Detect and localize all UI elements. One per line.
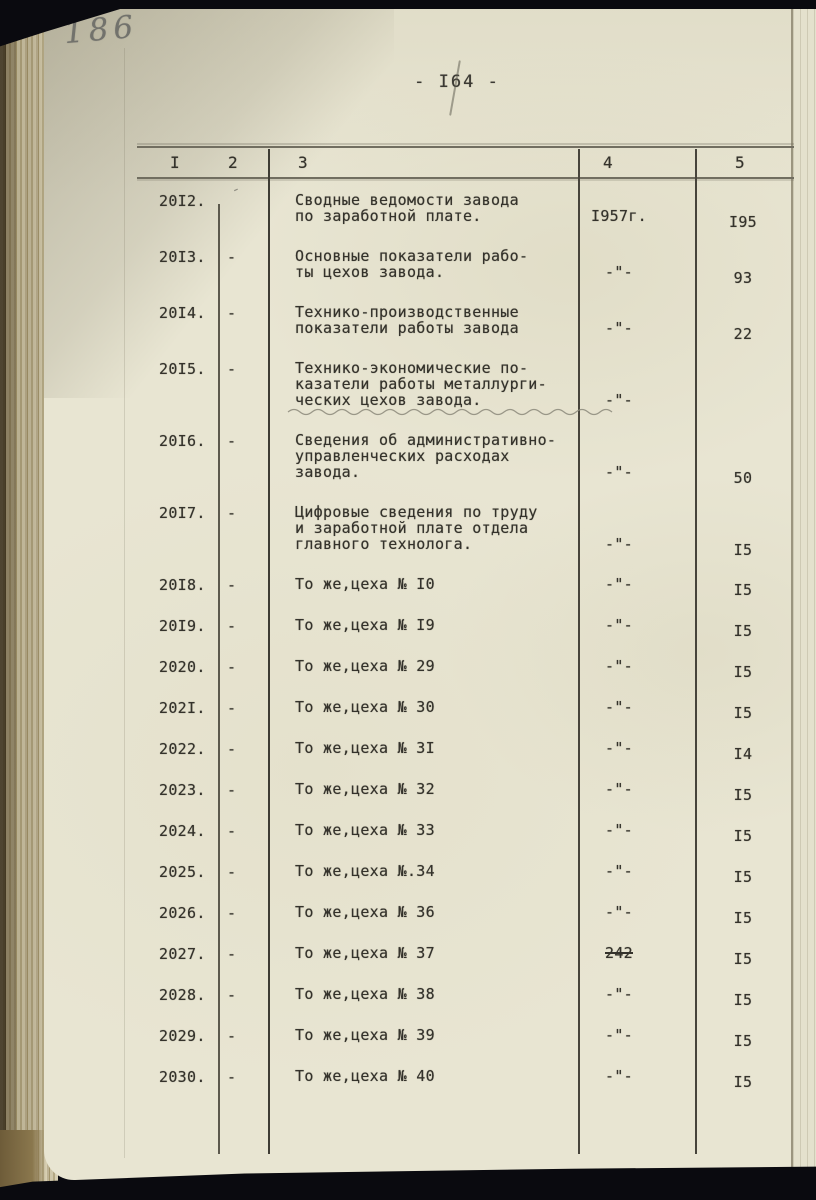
item-sheet-count: I5 <box>697 582 789 598</box>
item-title: То же,цеха № 30 <box>295 699 595 715</box>
table-row: 20I7. - Цифровые сведения по трудуи зара… <box>137 504 797 552</box>
table-row: 2029. - То же,цеха № 39 -"- I5 <box>137 1027 797 1043</box>
scanned-archive-page: { "page": { "handwritten_number": "186",… <box>0 0 816 1200</box>
title-line: ческих цехов завода. <box>295 392 595 408</box>
title-line: управленческих расходах <box>295 448 595 464</box>
column-header-4: 4 <box>603 153 613 172</box>
item-sheet-count: 93 <box>697 270 789 286</box>
title-line: То же,цеха № 33 <box>295 822 595 838</box>
table-row: 2020. - То же,цеха № 29 -"- I5 <box>137 658 797 674</box>
item-sheet-count: I95 <box>697 214 789 230</box>
item-title: То же,цеха № 32 <box>295 781 595 797</box>
table-row: 20I5. - Технико-экономические по-казател… <box>137 360 797 408</box>
column-header-5: 5 <box>735 153 745 172</box>
table-row: 2028. - То же,цеха № 38 -"- I5 <box>137 986 797 1002</box>
row-dash-mark: - <box>227 822 236 840</box>
item-title: Основные показатели рабо-ты цехов завода… <box>295 248 595 280</box>
table-row: 20I8. - То же,цеха № I0 -"- I5 <box>137 576 797 592</box>
title-line: То же,цеха № 36 <box>295 904 595 920</box>
item-date: -"- <box>573 617 665 633</box>
item-sheet-count: I5 <box>697 1033 789 1049</box>
item-sheet-count: I5 <box>697 992 789 1008</box>
item-date: -"- <box>573 320 665 336</box>
item-number: 20I8. <box>159 576 206 594</box>
item-title: Сводные ведомости заводапо заработной пл… <box>295 192 595 224</box>
item-date: I957г. <box>573 208 665 224</box>
title-line: То же,цеха № I9 <box>295 617 595 633</box>
binding-bottom-corner <box>0 1130 46 1190</box>
item-number: 2027. <box>159 945 206 963</box>
item-date: -"- <box>573 264 665 280</box>
table-row: 20I2. - Сводные ведомости заводапо зараб… <box>137 192 797 224</box>
title-line: Технико-экономические по- <box>295 360 595 376</box>
item-number: 20I5. <box>159 360 206 378</box>
row-dash-mark: - <box>227 863 236 881</box>
item-date: -"- <box>573 1068 665 1084</box>
item-number: 20I6. <box>159 432 206 450</box>
item-sheet-count: I5 <box>697 664 789 680</box>
title-line: То же,цеха № 38 <box>295 986 595 1002</box>
title-line: завода. <box>295 464 595 480</box>
item-sheet-count: I5 <box>697 910 789 926</box>
item-date: -"- <box>573 986 665 1002</box>
item-number: 20I7. <box>159 504 206 522</box>
title-line: Технико-производственные <box>295 304 595 320</box>
item-title: Цифровые сведения по трудуи заработной п… <box>295 504 595 552</box>
table-row: 2030. - То же,цеха № 40 -"- I5 <box>137 1068 797 1084</box>
item-number: 20I3. <box>159 248 206 266</box>
item-sheet-count: I5 <box>697 1074 789 1090</box>
item-number: 2020. <box>159 658 206 676</box>
item-title: То же,цеха №.34 <box>295 863 595 879</box>
item-number: 2023. <box>159 781 206 799</box>
item-date: -"- <box>573 740 665 756</box>
item-number: 20I4. <box>159 304 206 322</box>
table-row: 20I6. - Сведения об административно-упра… <box>137 432 797 480</box>
title-line: Сведения об административно- <box>295 432 595 448</box>
title-line: То же,цеха № 32 <box>295 781 595 797</box>
row-dash-mark: - <box>227 1068 236 1086</box>
item-number: 202I. <box>159 699 206 717</box>
column-header-2: 2 <box>228 153 238 172</box>
item-title: То же,цеха № 36 <box>295 904 595 920</box>
item-number: 20I2. <box>159 192 206 210</box>
item-number: 20I9. <box>159 617 206 635</box>
row-dash-mark: - <box>227 617 236 635</box>
title-line: ты цехов завода. <box>295 264 595 280</box>
item-date: -"- <box>573 576 665 592</box>
row-dash-mark: - <box>227 248 236 266</box>
table-row: 20I4. - Технико-производственныепоказате… <box>137 304 797 336</box>
row-dash-mark: - <box>228 179 244 199</box>
title-line: главного технолога. <box>295 536 595 552</box>
row-dash-mark: - <box>227 740 236 758</box>
item-date: -"- <box>573 904 665 920</box>
fold-line <box>124 48 125 1158</box>
item-sheet-count: 22 <box>697 326 789 342</box>
item-sheet-count: I4 <box>697 746 789 762</box>
title-line: То же,цеха № 3I <box>295 740 595 756</box>
row-dash-mark: - <box>227 304 236 322</box>
column-header-3: 3 <box>298 153 308 172</box>
title-line: и заработной плате отдела <box>295 520 595 536</box>
table-rows: 20I2. - Сводные ведомости заводапо зараб… <box>137 192 797 1109</box>
item-date: 242 <box>573 945 665 961</box>
table-row: 20I9. - То же,цеха № I9 -"- I5 <box>137 617 797 633</box>
table-row: 2024. - То же,цеха № 33 -"- I5 <box>137 822 797 838</box>
item-number: 2025. <box>159 863 206 881</box>
title-line: Цифровые сведения по труду <box>295 504 595 520</box>
row-dash-mark: - <box>227 1027 236 1045</box>
title-line: казатели работы металлурги- <box>295 376 595 392</box>
item-date: -"- <box>573 863 665 879</box>
item-date: -"- <box>573 464 665 480</box>
row-dash-mark: - <box>227 945 236 963</box>
title-line: То же,цеха №.34 <box>295 863 595 879</box>
row-dash-mark: - <box>227 699 236 717</box>
title-line: показатели работы завода <box>295 320 595 336</box>
page-sheet: 186 - I64 - I 2 3 4 5 20I2. - Сводные ве… <box>44 8 816 1180</box>
item-number: 2030. <box>159 1068 206 1086</box>
item-sheet-count: I5 <box>697 787 789 803</box>
item-date: -"- <box>573 1027 665 1043</box>
item-date: -"- <box>573 392 665 408</box>
row-dash-mark: - <box>227 781 236 799</box>
row-dash-mark: - <box>227 576 236 594</box>
item-date: -"- <box>573 781 665 797</box>
title-line: по заработной плате. <box>295 208 595 224</box>
item-date: -"- <box>573 699 665 715</box>
item-title: То же,цеха № I0 <box>295 576 595 592</box>
table-top-rule <box>137 146 794 148</box>
item-title: Технико-экономические по-казатели работы… <box>295 360 595 408</box>
table-row: 2025. - То же,цеха №.34 -"- I5 <box>137 863 797 879</box>
row-dash-mark: - <box>227 986 236 1004</box>
item-number: 2026. <box>159 904 206 922</box>
title-line: Основные показатели рабо- <box>295 248 595 264</box>
item-title: То же,цеха № 38 <box>295 986 595 1002</box>
item-number: 2022. <box>159 740 206 758</box>
item-sheet-count: I5 <box>697 869 789 885</box>
item-date: -"- <box>573 536 665 552</box>
row-dash-mark: - <box>227 658 236 676</box>
table-row: 20I3. - Основные показатели рабо-ты цехо… <box>137 248 797 280</box>
item-sheet-count: I5 <box>697 828 789 844</box>
item-sheet-count: I5 <box>697 705 789 721</box>
column-header-1: I <box>170 153 180 172</box>
archive-inventory-table: I 2 3 4 5 20I2. - Сводные ведомости заво… <box>137 146 797 1154</box>
item-sheet-count: I5 <box>697 623 789 639</box>
title-line: То же,цеха № I0 <box>295 576 595 592</box>
item-title: То же,цеха № 29 <box>295 658 595 674</box>
item-title: То же,цеха № 3I <box>295 740 595 756</box>
title-line: То же,цеха № 40 <box>295 1068 595 1084</box>
item-sheet-count: I5 <box>697 542 789 558</box>
item-title: То же,цеха № 37 <box>295 945 595 961</box>
scan-top-edge <box>0 0 816 9</box>
table-row: 2027. - То же,цеха № 37 242 I5 <box>137 945 797 961</box>
table-row: 2026. - То же,цеха № 36 -"- I5 <box>137 904 797 920</box>
title-line: То же,цеха № 37 <box>295 945 595 961</box>
item-title: То же,цеха № 40 <box>295 1068 595 1084</box>
item-title: То же,цеха № 33 <box>295 822 595 838</box>
row-dash-mark: - <box>227 360 236 378</box>
table-row: 202I. - То же,цеха № 30 -"- I5 <box>137 699 797 715</box>
item-number: 2029. <box>159 1027 206 1045</box>
item-date: -"- <box>573 658 665 674</box>
row-dash-mark: - <box>227 904 236 922</box>
item-title: Технико-производственныепоказатели работ… <box>295 304 595 336</box>
title-line: То же,цеха № 30 <box>295 699 595 715</box>
title-line: То же,цеха № 39 <box>295 1027 595 1043</box>
table-row: 2022. - То же,цеха № 3I -"- I4 <box>137 740 797 756</box>
item-number: 2028. <box>159 986 206 1004</box>
item-sheet-count: 50 <box>697 470 789 486</box>
table-row: 2023. - То же,цеха № 32 -"- I5 <box>137 781 797 797</box>
item-sheet-count: I5 <box>697 951 789 967</box>
row-dash-mark: - <box>227 432 236 450</box>
item-title: Сведения об административно-управленческ… <box>295 432 595 480</box>
item-title: То же,цеха № 39 <box>295 1027 595 1043</box>
row-dash-mark: - <box>227 504 236 522</box>
title-line: Сводные ведомости завода <box>295 192 595 208</box>
item-number: 2024. <box>159 822 206 840</box>
item-date: -"- <box>573 822 665 838</box>
title-line: То же,цеха № 29 <box>295 658 595 674</box>
item-title: То же,цеха № I9 <box>295 617 595 633</box>
